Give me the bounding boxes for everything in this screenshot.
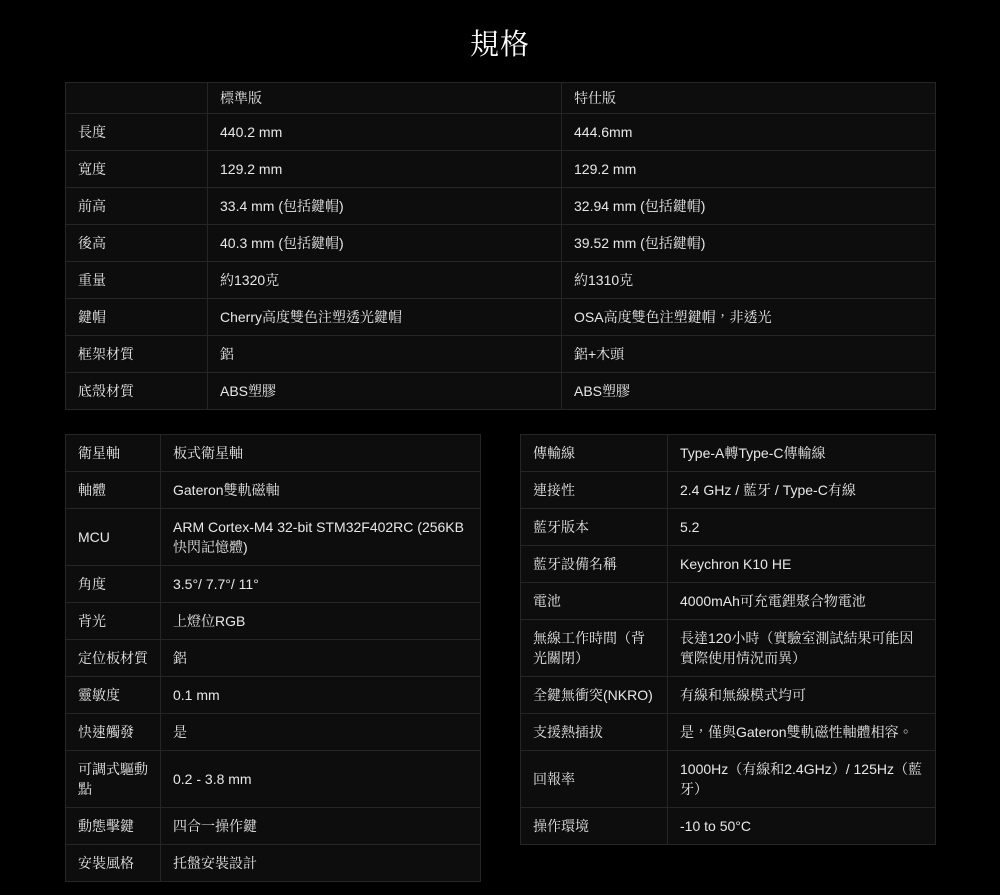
spec-connectivity-table: 傳輸線Type-A轉Type-C傳輸線連接性2.4 GHz / 藍牙 / Typ… xyxy=(520,434,936,845)
spec-row-value: 129.2 mm xyxy=(562,151,936,188)
spec-row-value: 約1320克 xyxy=(208,262,562,299)
spec-row-label: 回報率 xyxy=(521,751,668,808)
spec-row-value: 約1310克 xyxy=(562,262,936,299)
spec-row-value: ABS塑膠 xyxy=(562,373,936,410)
spec-row-label: 無線工作時間（背光關閉） xyxy=(521,620,668,677)
spec-row-value: OSA高度雙色注塑鍵帽，非透光 xyxy=(562,299,936,336)
spec-row-value: 3.5°/ 7.7°/ 11° xyxy=(161,566,481,603)
spec-row-label: 重量 xyxy=(66,262,208,299)
spec-row-value: Cherry高度雙色注塑透光鍵帽 xyxy=(208,299,562,336)
spec-row-value: Gateron雙軌磁軸 xyxy=(161,472,481,509)
spec-comparison-table: 標準版 特仕版 長度440.2 mm444.6mm寬度129.2 mm129.2… xyxy=(65,82,936,410)
spec-row-value: 32.94 mm (包括鍵帽) xyxy=(562,188,936,225)
spec-row-value: 0.2 - 3.8 mm xyxy=(161,751,481,808)
spec-row-label: MCU xyxy=(66,509,161,566)
spec-row-label: 衛星軸 xyxy=(66,435,161,472)
spec-row-value: 4000mAh可充電鋰聚合物電池 xyxy=(668,583,936,620)
spec-row-value: 129.2 mm xyxy=(208,151,562,188)
comparison-header-standard: 標準版 xyxy=(208,83,562,114)
spec-row-value: 33.4 mm (包括鍵帽) xyxy=(208,188,562,225)
spec-row-value: 鋁 xyxy=(208,336,562,373)
spec-row-label: 定位板材質 xyxy=(66,640,161,677)
spec-row-value: -10 to 50°C xyxy=(668,808,936,845)
spec-row-value: Keychron K10 HE xyxy=(668,546,936,583)
spec-row-label: 前高 xyxy=(66,188,208,225)
spec-row-value: 440.2 mm xyxy=(208,114,562,151)
spec-row-label: 可調式驅動點 xyxy=(66,751,161,808)
spec-row-label: 安裝風格 xyxy=(66,845,161,882)
spec-row-value: 鋁+木頭 xyxy=(562,336,936,373)
spec-row-label: 支援熱插拔 xyxy=(521,714,668,751)
spec-row-value: 1000Hz（有線和2.4GHz）/ 125Hz（藍牙） xyxy=(668,751,936,808)
spec-row-value: 是，僅與Gateron雙軌磁性軸體相容。 xyxy=(668,714,936,751)
spec-row-value: 444.6mm xyxy=(562,114,936,151)
spec-row-value: 四合一操作鍵 xyxy=(161,808,481,845)
spec-row-value: 0.1 mm xyxy=(161,677,481,714)
spec-row-value: 托盤安裝設計 xyxy=(161,845,481,882)
spec-row-label: 底殼材質 xyxy=(66,373,208,410)
spec-row-value: 板式衛星軸 xyxy=(161,435,481,472)
spec-row-label: 寬度 xyxy=(66,151,208,188)
page-title: 規格 xyxy=(0,22,1000,63)
spec-row-value: Type-A轉Type-C傳輸線 xyxy=(668,435,936,472)
spec-row-value: ABS塑膠 xyxy=(208,373,562,410)
spec-row-label: 電池 xyxy=(521,583,668,620)
spec-row-value: 是 xyxy=(161,714,481,751)
spec-row-label: 框架材質 xyxy=(66,336,208,373)
spec-row-label: 動態擊鍵 xyxy=(66,808,161,845)
comparison-header-empty xyxy=(66,83,208,114)
spec-row-label: 連接性 xyxy=(521,472,668,509)
spec-row-label: 鍵帽 xyxy=(66,299,208,336)
comparison-header-special: 特仕版 xyxy=(562,83,936,114)
spec-row-value: 5.2 xyxy=(668,509,936,546)
spec-row-value: 40.3 mm (包括鍵帽) xyxy=(208,225,562,262)
spec-row-value: 39.52 mm (包括鍵帽) xyxy=(562,225,936,262)
spec-row-label: 全鍵無衝突(NKRO) xyxy=(521,677,668,714)
spec-row-label: 軸體 xyxy=(66,472,161,509)
spec-row-value: 上燈位RGB xyxy=(161,603,481,640)
spec-row-value: ARM Cortex-M4 32-bit STM32F402RC (256KB快… xyxy=(161,509,481,566)
spec-row-value: 2.4 GHz / 藍牙 / Type-C有線 xyxy=(668,472,936,509)
spec-row-label: 傳輸線 xyxy=(521,435,668,472)
spec-row-label: 操作環境 xyxy=(521,808,668,845)
spec-row-value: 長達120小時（實驗室測試結果可能因實際使用情況而異） xyxy=(668,620,936,677)
spec-row-value: 有線和無線模式均可 xyxy=(668,677,936,714)
spec-row-label: 後高 xyxy=(66,225,208,262)
spec-switch-table: 衛星軸板式衛星軸軸體Gateron雙軌磁軸MCUARM Cortex-M4 32… xyxy=(65,434,481,882)
spec-row-label: 藍牙設備名稱 xyxy=(521,546,668,583)
spec-row-value: 鋁 xyxy=(161,640,481,677)
spec-row-label: 長度 xyxy=(66,114,208,151)
spec-row-label: 快速觸發 xyxy=(66,714,161,751)
spec-row-label: 角度 xyxy=(66,566,161,603)
spec-page: 規格 標準版 特仕版 長度440.2 mm444.6mm寬度129.2 mm12… xyxy=(0,0,1000,895)
spec-row-label: 靈敏度 xyxy=(66,677,161,714)
spec-row-label: 藍牙版本 xyxy=(521,509,668,546)
spec-row-label: 背光 xyxy=(66,603,161,640)
